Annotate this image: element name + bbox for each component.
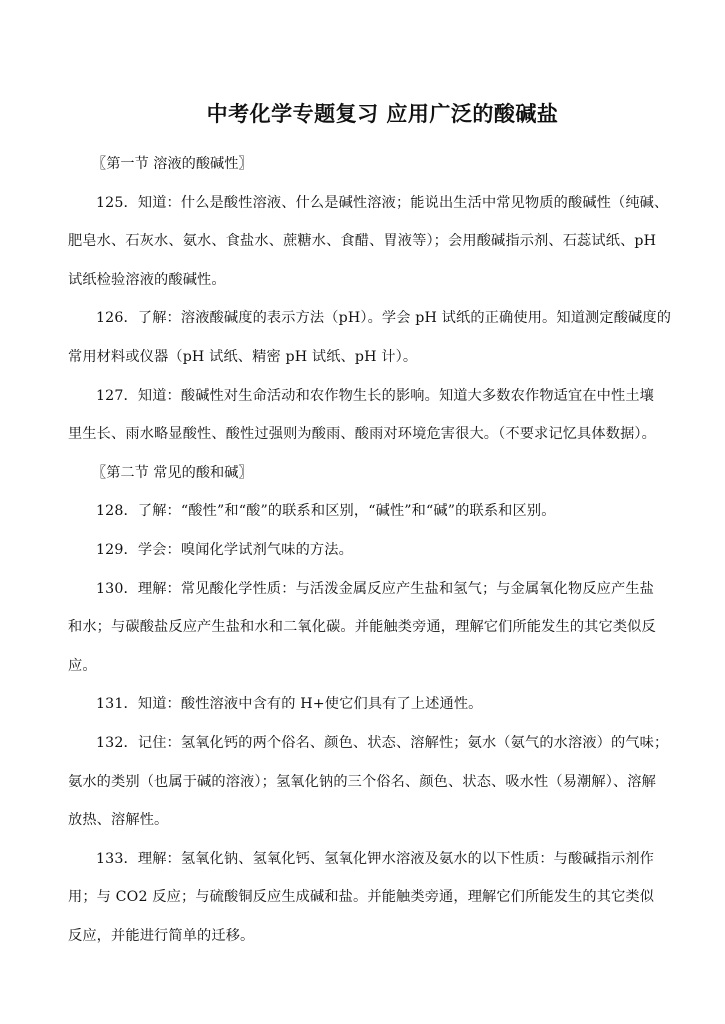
item-127: 127．知道：酸碱性对生命活动和农作物生长的影响。知道大多数农作物适宜在中性土壤…	[68, 377, 660, 454]
text-line: 和水；与碳酸盐反应产生盐和水和二氧化碳。并能触类旁通，理解它们所能发生的其它类似…	[68, 608, 660, 647]
text-line: 氨水的类别（也属于碱的溶液）；氢氧化钠的三个俗名、颜色、状态、吸水性（易潮解）、…	[68, 763, 660, 802]
item-130: 130．理解：常见酸化学性质：与活泼金属反应产生盐和氢气；与金属氧化物反应产生盐…	[68, 570, 660, 686]
section-heading-1: 〖第一节 溶液的酸碱性〗	[68, 145, 660, 184]
text-line: 127．知道：酸碱性对生命活动和农作物生长的影响。知道大多数农作物适宜在中性土壤	[68, 377, 660, 416]
item-131: 131．知道：酸性溶液中含有的 H+使它们具有了上述通性。	[68, 685, 660, 724]
text-line: 125．知道：什么是酸性溶液、什么是碱性溶液；能说出生活中常见物质的酸碱性（纯碱…	[68, 184, 660, 223]
document-body: 〖第一节 溶液的酸碱性〗 125．知道：什么是酸性溶液、什么是碱性溶液；能说出生…	[68, 145, 660, 955]
item-133: 133．理解：氢氧化钠、氢氧化钙、氢氧化钾水溶液及氨水的以下性质：与酸碱指示剂作…	[68, 840, 660, 956]
text-line: 放热、溶解性。	[68, 801, 660, 840]
text-line: 试纸检验溶液的酸碱性。	[68, 261, 660, 300]
text-line: 应。	[68, 647, 660, 686]
item-125: 125．知道：什么是酸性溶液、什么是碱性溶液；能说出生活中常见物质的酸碱性（纯碱…	[68, 184, 660, 300]
text-line: 常用材料或仪器（pH 试纸、精密 pH 试纸、pH 计）。	[68, 338, 660, 377]
text-line: 128．了解：“酸性”和“酸”的联系和区别，“碱性”和“碱”的联系和区别。	[68, 492, 660, 531]
text-line: 肥皂水、石灰水、氨水、食盐水、蔗糖水、食醋、胃液等）；会用酸碱指示剂、石蕊试纸、…	[68, 222, 660, 261]
text-line: 129．学会：嗅闻化学试剂气味的方法。	[68, 531, 660, 570]
text-line: 126．了解：溶液酸碱度的表示方法（pH）。学会 pH 试纸的正确使用。知道测定…	[68, 299, 660, 338]
section-heading-2: 〖第二节 常见的酸和碱〗	[68, 454, 660, 493]
item-132: 132．记住：氢氧化钙的两个俗名、颜色、状态、溶解性；氨水（氨气的水溶液）的气味…	[68, 724, 660, 840]
text-line: 131．知道：酸性溶液中含有的 H+使它们具有了上述通性。	[68, 685, 660, 724]
text-line: 133．理解：氢氧化钠、氢氧化钙、氢氧化钾水溶液及氨水的以下性质：与酸碱指示剂作	[68, 840, 660, 879]
item-128: 128．了解：“酸性”和“酸”的联系和区别，“碱性”和“碱”的联系和区别。	[68, 492, 660, 531]
text-line: 130．理解：常见酸化学性质：与活泼金属反应产生盐和氢气；与金属氧化物反应产生盐	[68, 570, 660, 609]
document-page: 中考化学专题复习 应用广泛的酸碱盐 〖第一节 溶液的酸碱性〗 125．知道：什么…	[0, 0, 725, 1024]
text-line: 用；与 CO2 反应；与硫酸铜反应生成碱和盐。并能触类旁通，理解它们所能发生的其…	[68, 878, 660, 917]
text-line: 132．记住：氢氧化钙的两个俗名、颜色、状态、溶解性；氨水（氨气的水溶液）的气味…	[68, 724, 660, 763]
item-126: 126．了解：溶液酸碱度的表示方法（pH）。学会 pH 试纸的正确使用。知道测定…	[68, 299, 660, 376]
text-line: 反应，并能进行简单的迁移。	[68, 917, 660, 956]
text-line: 里生长、雨水略显酸性、酸性过强则为酸雨、酸雨对环境危害很大。（不要求记忆具体数据…	[68, 415, 660, 454]
document-title: 中考化学专题复习 应用广泛的酸碱盐	[0, 98, 725, 128]
item-129: 129．学会：嗅闻化学试剂气味的方法。	[68, 531, 660, 570]
